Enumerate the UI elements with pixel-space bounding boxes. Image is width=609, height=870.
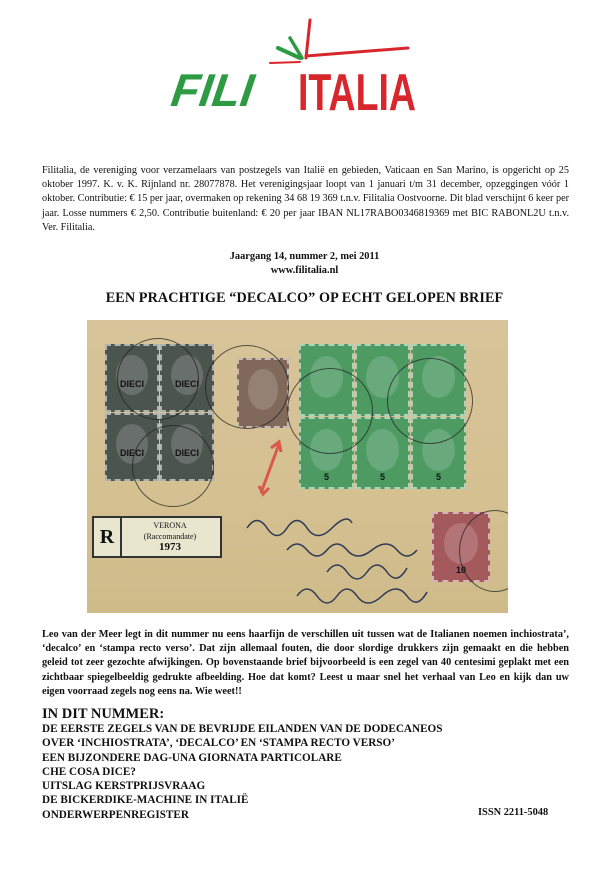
toc-item: DE BICKERDIKE-MACHINE IN ITALIË [42,793,442,807]
association-intro: Filitalia, de vereniging voor verzamelaa… [42,164,569,235]
website-link[interactable]: www.filitalia.nl [0,264,609,278]
logo-burst-icon [270,20,408,63]
registration-letter: R [94,518,122,556]
lead-article-summary: Leo van der Meer legt in dit nummer nu e… [42,628,569,699]
logo-text-red: ITALIA [298,64,416,122]
table-of-contents: DE EERSTE ZEGELS VAN DE BEVRIJDE EILANDE… [42,722,442,822]
toc-item: EEN BIJZONDERE DAG-UNA GIORNATA PARTICOL… [42,751,442,765]
toc-item: CHE COSA DICE? [42,765,442,779]
handwritten-address [227,508,477,608]
filitalia-logo: FILI ITALIA [170,18,420,128]
logo-text-green: FILI [170,64,258,116]
page-title: EEN PRACHTIGE “DECALCO” OP ECHT GELOPEN … [0,290,609,307]
red-arrow-icon [257,438,287,498]
issn-number: ISSN 2211-5048 [478,807,548,818]
postmark [132,425,214,507]
issue-volume: Jaargang 14, nummer 2, mei 2011 [0,250,609,264]
issue-info: Jaargang 14, nummer 2, mei 2011 www.fili… [0,250,609,278]
postmark [387,358,473,444]
postmark [117,338,199,420]
toc-item: ONDERWERPENREGISTER [42,808,442,822]
toc-title: IN DIT NUMMER: [42,706,164,723]
toc-item: UITSLAG KERSTPRIJSVRAAG [42,779,442,793]
toc-item: DE EERSTE ZEGELS VAN DE BEVRIJDE EILANDE… [42,722,442,736]
envelope-photo: DIECI DIECI DIECI DIECI 5 5 5 10 R VERON… [87,320,508,613]
registration-label: R VERONA (Raccomandate) 1973 [92,516,222,558]
registration-city: VERONA [122,520,218,531]
postmark [287,368,373,454]
postmark [205,345,289,429]
toc-item: OVER ‘INCHIOSTRATA’, ‘DECALCO’ EN ‘STAMP… [42,736,442,750]
registration-number: 1973 [122,542,218,553]
